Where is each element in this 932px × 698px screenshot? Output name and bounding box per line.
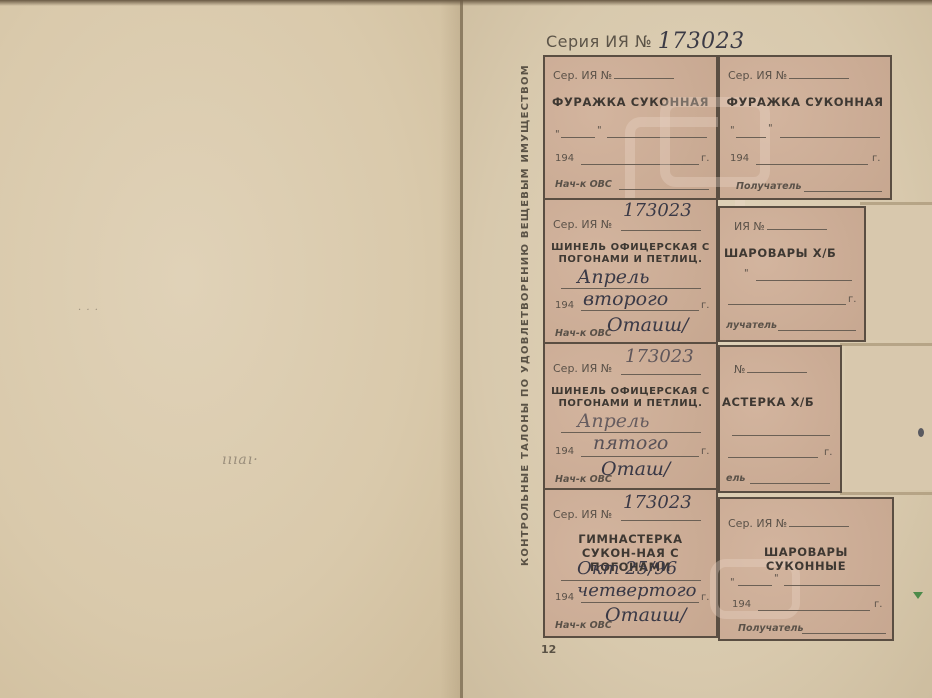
top-edge-shadow xyxy=(0,0,932,6)
ser-line: Сер. ИЯ № xyxy=(728,517,849,530)
series-number-handwritten: 173023 xyxy=(658,29,745,54)
ink-smudge: ıııaı· xyxy=(222,452,259,468)
coupon-overcoat-stub: Сер. ИЯ № 173023 ШИНЕЛЬ ОФИЦЕРСКАЯ С ПОГ… xyxy=(543,198,718,344)
signature-label: Нач-к ОВС xyxy=(555,328,612,339)
ser-line: Сер. ИЯ № xyxy=(553,362,612,375)
signature-label: Получатель xyxy=(736,181,801,192)
signature-label: Нач-к ОВС xyxy=(555,179,612,190)
handwritten-month: Апрель xyxy=(577,266,649,288)
coupon-tunic-cotton[interactable]: № АСТЕРКА Х/Б г. ель xyxy=(718,345,842,493)
ser-line: № xyxy=(734,363,807,376)
tear-edge xyxy=(860,202,932,205)
handwritten-year: четвертого xyxy=(577,580,696,601)
ser-line: Сер. ИЯ № xyxy=(553,69,674,82)
handwritten-date: Окт 25/96 xyxy=(577,558,677,579)
item-title: ШАРОВАРЫ Х/Б xyxy=(724,246,858,260)
torn-stub xyxy=(845,345,932,490)
ser-line: Сер. ИЯ № xyxy=(728,69,849,82)
torn-stub xyxy=(866,205,932,340)
item-title: ШИНЕЛЬ ОФИЦЕРСКАЯ С ПОГОНАМИ И ПЕТЛИЦ. xyxy=(551,386,710,410)
tear-edge xyxy=(840,343,932,346)
ser-line: Сер. ИЯ № xyxy=(553,508,612,521)
item-title: ШИНЕЛЬ ОФИЦЕРСКАЯ С ПОГОНАМИ И ПЕТЛИЦ. xyxy=(551,242,710,266)
handwritten-year: второго xyxy=(583,288,668,310)
ink-spot xyxy=(918,428,924,437)
green-mark-icon xyxy=(913,592,923,599)
handwritten-month: Апрель xyxy=(577,410,649,432)
coupon-trousers-cotton[interactable]: ИЯ № ШАРОВАРЫ Х/Б " г. лучатель xyxy=(718,206,866,342)
series-header: Серия ИЯ № 173023 xyxy=(546,28,745,53)
coupon-cap[interactable]: Сер. ИЯ № ФУРАЖКА СУКОННАЯ " " 194 г. По… xyxy=(718,55,892,200)
item-title: ШАРОВАРЫ СУКОННЫЕ xyxy=(726,545,886,573)
coupon-trousers-wool[interactable]: Сер. ИЯ № ШАРОВАРЫ СУКОННЫЕ " " 194 г. П… xyxy=(718,497,894,641)
watermark xyxy=(660,97,770,187)
signature-label: ель xyxy=(726,473,745,484)
coupon-tunic-stub: Сер. ИЯ № 173023 ГИМНАСТЕРКА СУКОН-НАЯ С… xyxy=(543,488,718,638)
vertical-caption: КОНТРОЛЬНЫЕ ТАЛОНЫ ПО УДОВЛЕТВОРЕНИЮ ВЕЩ… xyxy=(520,64,531,566)
series-label: Серия ИЯ № xyxy=(546,32,652,51)
handwritten-ser-number: 173023 xyxy=(625,346,694,367)
spine-shadow xyxy=(440,0,460,698)
signature-label: лучатель xyxy=(726,320,777,331)
handwritten-signature: Отаиш/ xyxy=(605,604,687,626)
handwritten-signature: Оташ/ xyxy=(601,458,670,480)
left-page: ıııaı· · · · xyxy=(0,0,463,698)
handwritten-year: пятого xyxy=(593,432,668,454)
handwritten-signature: Отаиш/ xyxy=(607,314,689,336)
ink-dots: · · · xyxy=(78,305,99,316)
signature-label: Нач-к ОВС xyxy=(555,620,612,631)
handwritten-ser-number: 173023 xyxy=(623,492,692,513)
handwritten-ser-number: 173023 xyxy=(623,200,692,221)
tear-edge xyxy=(840,492,932,495)
item-title: ФУРАЖКА СУКОННАЯ xyxy=(726,95,884,109)
coupon-overcoat-stub-2: Сер. ИЯ № 173023 ШИНЕЛЬ ОФИЦЕРСКАЯ С ПОГ… xyxy=(543,342,718,490)
signature-label: Получатель xyxy=(738,623,803,634)
ser-line: ИЯ № xyxy=(734,220,827,233)
year-prefix: 194 xyxy=(555,153,574,164)
page-number: 12 xyxy=(541,643,556,656)
item-title: АСТЕРКА Х/Б xyxy=(722,395,834,409)
ser-line: Сер. ИЯ № xyxy=(553,218,612,231)
